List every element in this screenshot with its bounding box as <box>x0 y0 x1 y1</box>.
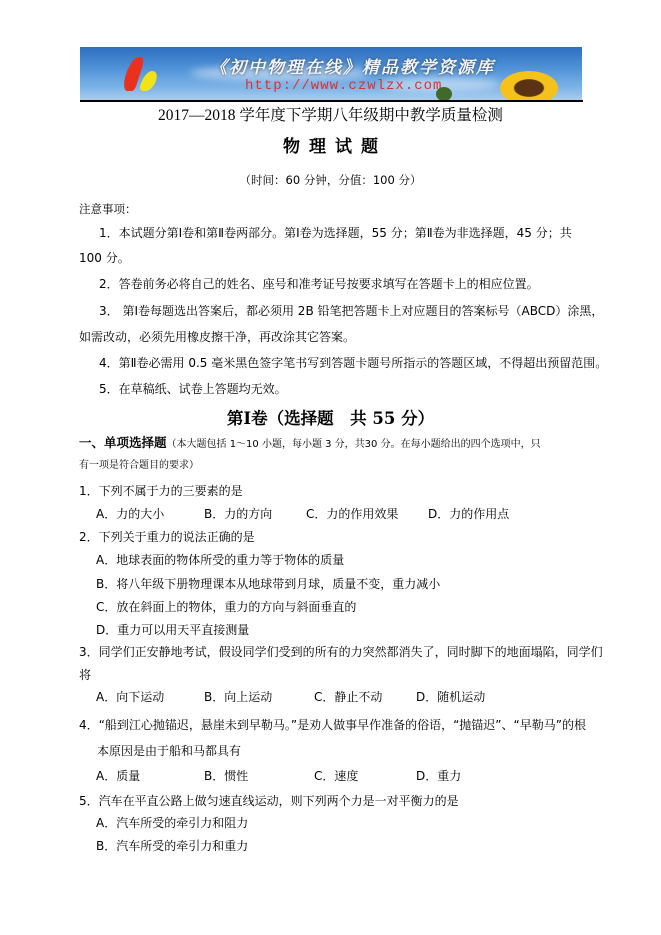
notes-heading: 注意事项： <box>79 202 137 216</box>
note-item: 3． 第Ⅰ卷每题选出答案后，都必须用 2B 铅笔把答题卡上对应题目的答案标号（A… <box>99 304 603 318</box>
option-b: B．力的方向 <box>204 507 272 521</box>
question-stem-cont: 本原因是由于船和马都具有 <box>97 744 241 758</box>
option-a: A．质量 <box>96 769 140 783</box>
part-note: （本大题包括 1～10 小题，每小题 3 分，共30 分。在每小题给出的四个选项… <box>167 439 541 450</box>
question-stem: 3．同学们正安静地考试，假设同学们受到的所有的力突然都消失了，同时脚下的地面塌陷… <box>79 645 603 659</box>
question-stem: 1．下列不属于力的三要素的是 <box>79 484 243 498</box>
banner-url: http://www.czwlzx.com <box>245 78 442 94</box>
option-c: C．力的作用效果 <box>306 507 398 521</box>
option-c: C．速度 <box>314 769 358 783</box>
banner-image: 《初中物理在线》精品教学资源库 http://www.czwlzx.com <box>80 47 582 100</box>
time-info: （时间：60 分钟，分值：100 分） <box>0 173 661 187</box>
part-note-cont: 有一项是符合题目的要求） <box>79 459 199 473</box>
question-stem: 4．“船到江心抛锚迟，悬崖未到早勒马。”是劝人做事早作准备的俗语，“抛锚迟”、“… <box>79 718 586 732</box>
option-a: A．力的大小 <box>96 507 164 521</box>
section-title: 第Ⅰ卷（选择题 共 55 分） <box>0 409 661 429</box>
option-b: B．向上运动 <box>204 690 272 704</box>
note-item: 100 分。 <box>79 251 130 265</box>
note-item: 5．在草稿纸、试卷上答题均无效。 <box>99 382 287 396</box>
question-stem: 2．下列关于重力的说法正确的是 <box>79 530 255 544</box>
option-a: A．地球表面的物体所受的重力等于物体的质量 <box>96 553 344 567</box>
note-item: 如需改动，必须先用橡皮擦干净，再改涂其它答案。 <box>79 330 355 344</box>
note-item: 1．本试题分第Ⅰ卷和第Ⅱ卷两部分。第Ⅰ卷为选择题，55 分；第Ⅱ卷为非选择题，4… <box>99 226 572 240</box>
header-divider <box>80 100 583 102</box>
part-heading: 一、单项选择题（本大题包括 1～10 小题，每小题 3 分，共30 分。在每小题… <box>79 436 541 452</box>
note-item: 2．答卷前务必将自己的姓名、座号和准考证号按要求填写在答题卡上的相应位置。 <box>99 277 539 291</box>
option-c: C．放在斜面上的物体，重力的方向与斜面垂直的 <box>96 600 356 614</box>
logo-icon-accent <box>137 71 160 91</box>
option-d: D．重力 <box>416 769 461 783</box>
leaf-decoration <box>436 87 452 100</box>
subject-title: 物理试题 <box>0 140 661 154</box>
option-a: A．汽车所受的牵引力和阻力 <box>96 816 248 830</box>
option-d: D．重力可以用天平直接测量 <box>96 623 249 637</box>
option-b: B．汽车所受的牵引力和重力 <box>96 839 248 853</box>
question-stem-cont: 将 <box>79 668 91 682</box>
option-d: D．随机运动 <box>416 690 485 704</box>
part-label: 一、单项选择题 <box>79 435 167 450</box>
banner-title: 《初中物理在线》精品教学资源库 <box>210 53 495 78</box>
option-d: D．力的作用点 <box>428 507 509 521</box>
note-item: 4．第Ⅱ卷必需用 0.5 毫米黑色签字笔书写到答题卡题号所指示的答题区域，不得超… <box>99 356 607 370</box>
option-b: B．惯性 <box>204 769 248 783</box>
exam-title: 2017—2018 学年度下学期八年级期中教学质量检测 <box>0 107 661 125</box>
option-c: C．静止不动 <box>314 690 382 704</box>
option-a: A．向下运动 <box>96 690 164 704</box>
question-stem: 5．汽车在平直公路上做匀速直线运动，则下列两个力是一对平衡力的是 <box>79 794 459 808</box>
option-b: B．将八年级下册物理课本从地球带到月球，质量不变，重力减小 <box>96 577 440 591</box>
sunflower-icon <box>500 71 558 100</box>
